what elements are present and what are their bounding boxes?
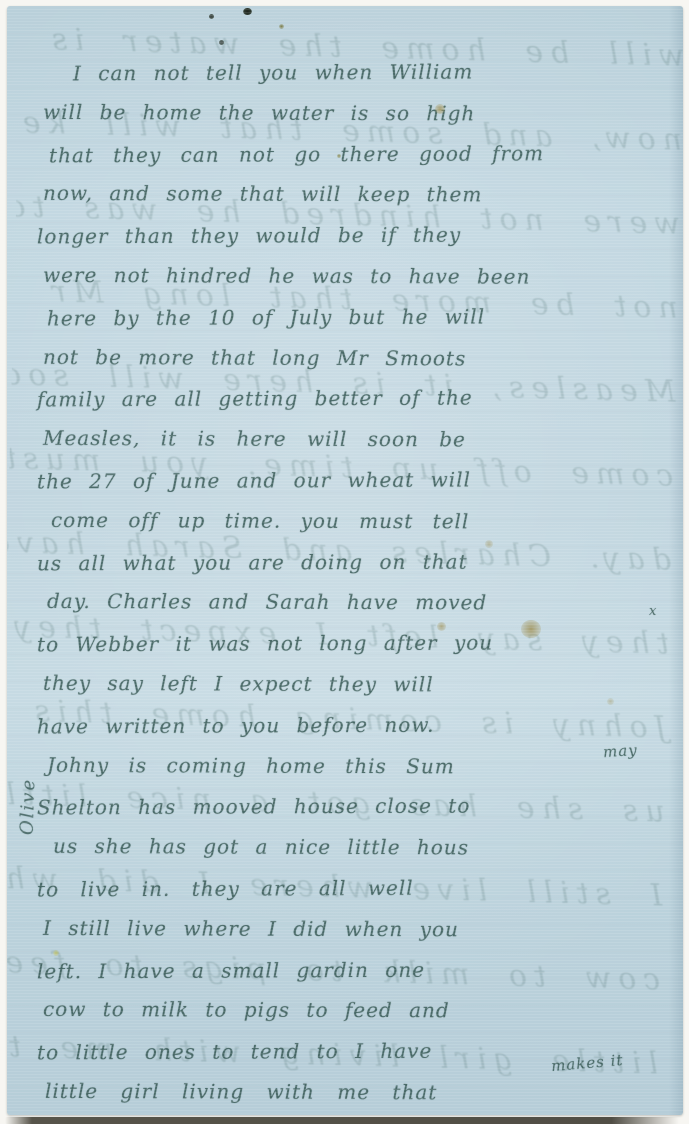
margin-note-vertical: Olive [16,751,41,862]
letter-line: I can not tell you when William [73,51,681,94]
letter-line: they say left I expect they will [43,663,681,706]
scan-bottom-shadow [5,1117,679,1124]
ink-speck [279,24,284,29]
letter-line: cow to milk to pigs to feed and [43,989,681,1032]
letter-line: come off up time. you must tell [51,500,681,543]
letter-line: little girl living with me that [45,1071,681,1114]
letter-line: the 27 of June and our wheat will [37,459,681,503]
letter-body: I can not tell you when William will be … [37,52,681,1113]
letter-line: us all what you are doing on that [37,540,681,584]
letter-line: family are all getting better of the [37,377,681,421]
letter-line: us she has got a nice little hous [53,826,681,869]
letter-line: have written to you before now. [37,703,681,747]
interline-insertion-mark: x [649,604,657,619]
letter-line: to Webber it was not long after you [37,622,681,666]
letter-line: Measles, it is here will soon be [43,418,681,461]
letter-line: here by the 10 of July but he will [47,295,681,339]
letter-line: left. I have a small gardin one [37,948,681,992]
ink-speck [209,14,214,19]
scanned-letter-page: will be home the water is so high now, a… [0,0,689,1124]
letter-line: Johny is coming home this Sum [47,744,681,787]
ink-speck [243,8,252,15]
letter-line: Shelton has mooved house close to [37,785,681,829]
letter-line: now, and some that will keep them [43,173,681,216]
letter-line: that they can not go there good from [49,132,681,176]
letter-line: were not hindred he was to have been [43,255,681,298]
letter-line: longer than they would be if they [37,214,681,258]
letter-line: day. Charles and Sarah have moved [47,581,681,624]
interline-note-may: may [602,741,638,761]
ink-speck [219,40,224,45]
letter-line: I still live where I did when you [43,908,681,951]
letter-line: will be home the water is so high [43,92,681,135]
letter-paper: will be home the water is so high now, a… [7,6,683,1115]
letter-line: to live in. they are all well [37,867,681,911]
letter-line: not be more that long Mr Smoots [43,336,681,379]
